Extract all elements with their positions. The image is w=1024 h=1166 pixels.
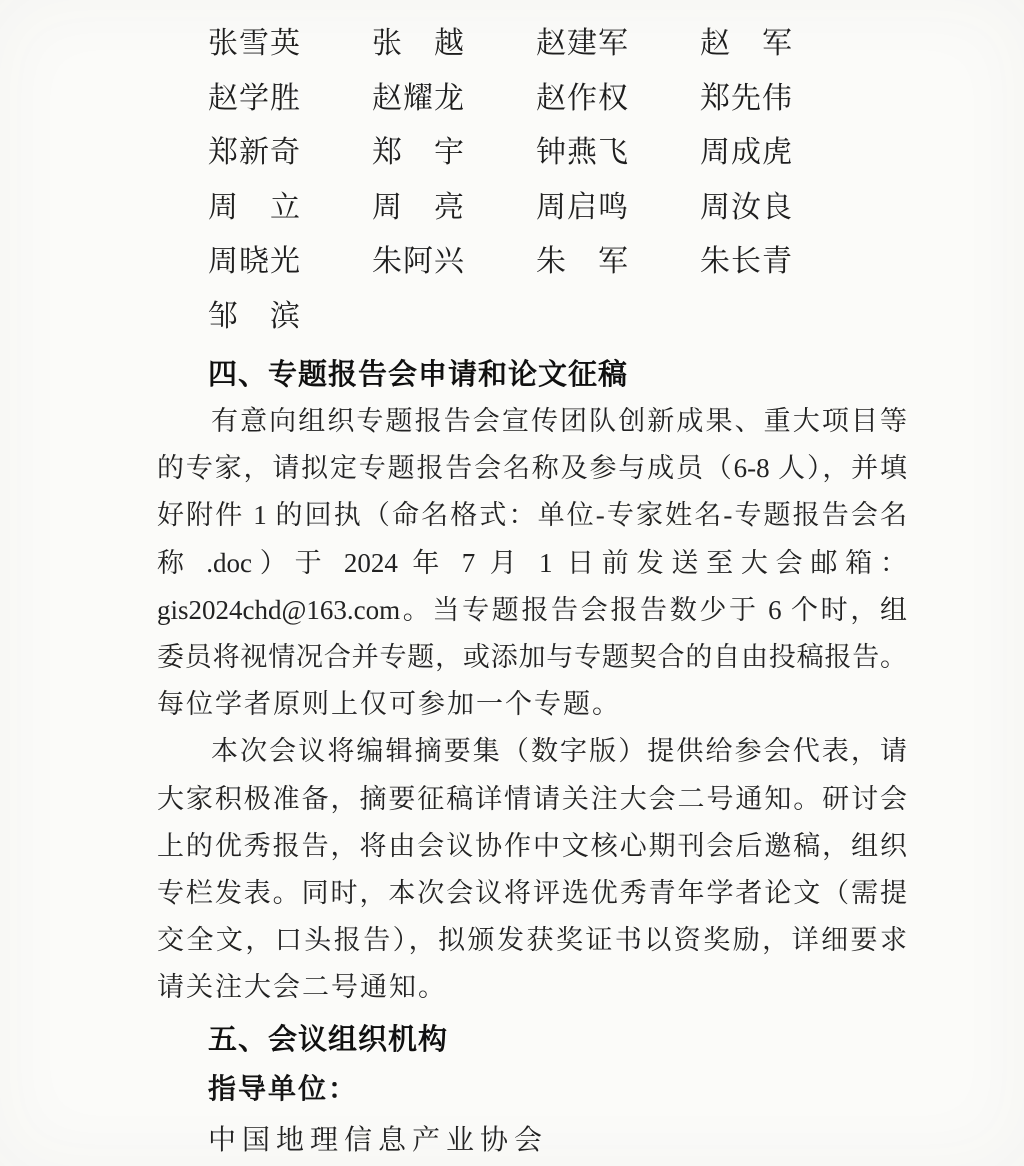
committee-member-name: 朱长青 [700,247,864,277]
committee-member-name: 邹 滨 [208,302,372,332]
paragraph-line: 称 .doc）于 2024 年 7 月 1 日前发送至大会邮箱： [157,540,907,587]
committee-member-name: 周 亮 [372,193,536,223]
committee-member-name: 赵 军 [700,29,864,59]
paragraph-line: 交全文，口头报告），拟颁发获奖证书以资奖励，详细要求 [157,917,907,964]
committee-member-name: 赵学胜 [208,84,372,114]
section-5-heading: 五、会议组织机构 [157,1017,907,1063]
paragraph-line: 好附件 1 的回执（命名格式：单位-专家姓名-专题报告会名 [157,492,907,539]
section-4-paragraph-2: 本次会议将编辑摘要集（数字版）提供给参会代表，请 大家积极准备，摘要征稿详情请关… [157,728,907,1011]
committee-member-name: 钟燕飞 [536,138,700,168]
committee-member-name: 张雪英 [208,29,372,59]
section-5: 五、会议组织机构 指导单位： 中国地理信息产业协会 [157,1017,907,1166]
committee-member-name: 郑先伟 [700,84,864,114]
committee-member-name: 郑 宇 [372,138,536,168]
name-row: 周晓光 朱阿兴 朱 军 朱长青 [208,235,1024,290]
committee-member-name: 朱 军 [536,247,700,277]
section-4: 四、专题报告会申请和论文征稿 有意向组织专题报告会宣传团队创新成果、重大项目等 … [157,352,907,1011]
committee-member-name: 周晓光 [208,247,372,277]
section-4-heading: 四、专题报告会申请和论文征稿 [157,352,907,398]
name-row: 赵学胜 赵耀龙 赵作权 郑先伟 [208,72,1024,127]
name-row: 邹 滨 [208,290,1024,345]
paragraph-line: 的专家，请拟定专题报告会名称及参与成员（6-8 人），并填 [157,445,907,492]
committee-member-name: 赵作权 [536,84,700,114]
name-row: 郑新奇 郑 宇 钟燕飞 周成虎 [208,126,1024,181]
committee-member-name: 张 越 [372,29,536,59]
name-row: 张雪英 张 越 赵建军 赵 军 [208,17,1024,72]
committee-member-name: 赵耀龙 [372,84,536,114]
paragraph-line: 每位学者原则上仅可参加一个专题。 [157,681,907,728]
committee-member-name: 郑新奇 [208,138,372,168]
paragraph-line-email: gis2024chd@163.com。当专题报告会报告数少于 6 个时，组 [157,587,907,634]
paragraph-line: 大家积极准备，摘要征稿详情请关注大会二号通知。研讨会 [157,776,907,823]
committee-member-name: 周启鸣 [536,193,700,223]
committee-member-name: 朱阿兴 [372,247,536,277]
paragraph-line: 专栏发表。同时，本次会议将评选优秀青年学者论文（需提 [157,870,907,917]
committee-member-name: 赵建军 [536,29,700,59]
committee-member-name: 周成虎 [700,138,864,168]
paragraph-line: 有意向组织专题报告会宣传团队创新成果、重大项目等 [157,398,907,445]
committee-member-name: 周汝良 [700,193,864,223]
committee-name-list: 张雪英 张 越 赵建军 赵 军 赵学胜 赵耀龙 赵作权 郑先伟 郑新奇 郑 宇 … [208,0,1024,344]
name-row: 周 立 周 亮 周启鸣 周汝良 [208,181,1024,236]
document-page: 张雪英 张 越 赵建军 赵 军 赵学胜 赵耀龙 赵作权 郑先伟 郑新奇 郑 宇 … [0,0,1024,1166]
guiding-unit-org: 中国地理信息产业协会 [157,1115,907,1166]
section-4-paragraph-1: 有意向组织专题报告会宣传团队创新成果、重大项目等 的专家，请拟定专题报告会名称及… [157,398,907,728]
committee-member-name: 周 立 [208,193,372,223]
paragraph-line: 请关注大会二号通知。 [157,964,907,1011]
paragraph-line: 委员将视情况合并专题，或添加与专题契合的自由投稿报告。 [157,634,907,681]
paragraph-line: 本次会议将编辑摘要集（数字版）提供给参会代表，请 [157,728,907,775]
paragraph-line: 上的优秀报告，将由会议协作中文核心期刊会后邀稿，组织 [157,823,907,870]
guiding-unit-label: 指导单位： [157,1063,907,1115]
